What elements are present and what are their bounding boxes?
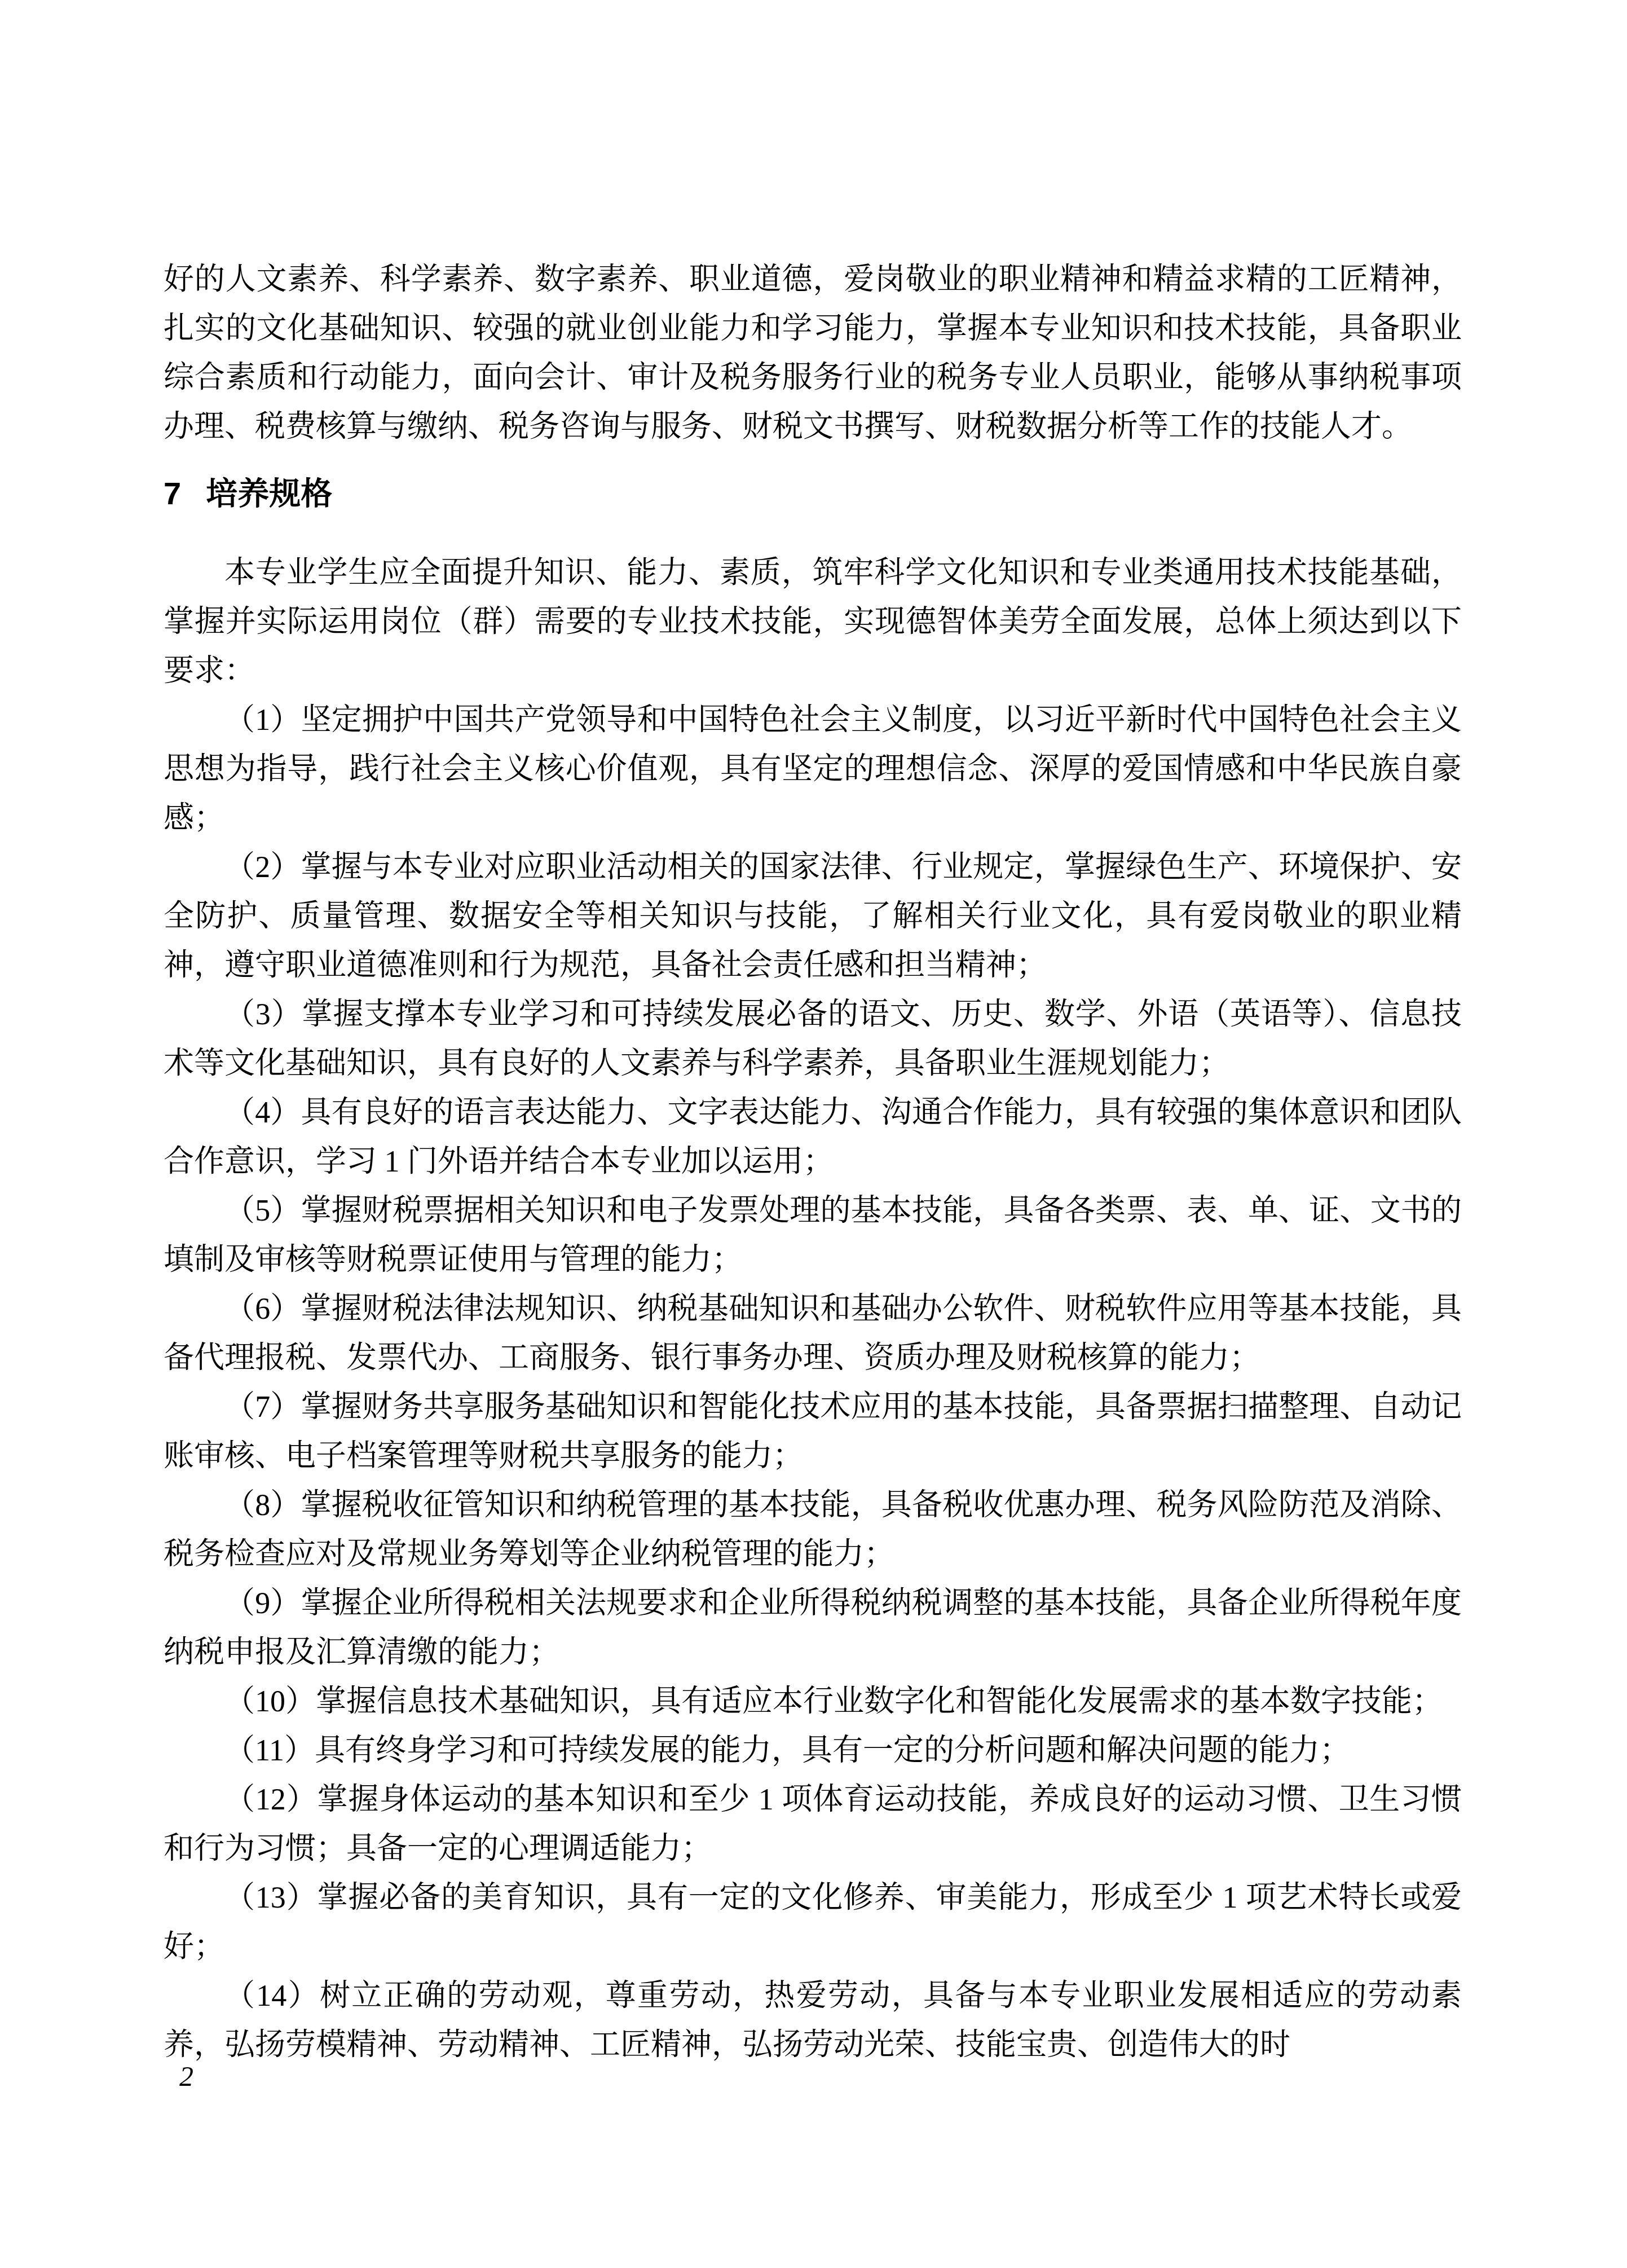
requirement-item-6: （6）掌握财税法律法规知识、纳税基础知识和基础办公软件、财税软件应用等基本技能，… — [164, 1284, 1462, 1382]
requirement-item-7: （7）掌握财务共享服务基础知识和智能化技术应用的基本技能，具备票据扫描整理、自动… — [164, 1382, 1462, 1481]
requirement-item-3: （3）掌握支撑本专业学习和可持续发展必备的语文、历史、数学、外语（英语等）、信息… — [164, 990, 1462, 1088]
continued-paragraph: 好的人文素养、科学素养、数字素养、职业道德，爱岗敬业的职业精神和精益求精的工匠精… — [164, 255, 1462, 451]
requirement-item-8: （8）掌握税收征管知识和纳税管理的基本技能，具备税收优惠办理、税务风险防范及消除… — [164, 1481, 1462, 1579]
requirement-item-4: （4）具有良好的语言表达能力、文字表达能力、沟通合作能力，具有较强的集体意识和团… — [164, 1088, 1462, 1186]
requirement-item-5: （5）掌握财税票据相关知识和电子发票处理的基本技能，具备各类票、表、单、证、文书… — [164, 1186, 1462, 1284]
requirement-item-9: （9）掌握企业所得税相关法规要求和企业所得税纳税调整的基本技能，具备企业所得税年… — [164, 1579, 1462, 1677]
requirement-item-12: （12）掌握身体运动的基本知识和至少 1 项体育运动技能，养成良好的运动习惯、卫… — [164, 1775, 1462, 1873]
requirement-item-10: （10）掌握信息技术基础知识，具有适应本行业数字化和智能化发展需求的基本数字技能… — [164, 1677, 1462, 1726]
section-number: 7 — [164, 476, 181, 511]
page-content: 好的人文素养、科学素养、数字素养、职业道德，爱岗敬业的职业精神和精益求精的工匠精… — [164, 255, 1462, 2069]
document-page: 好的人文素养、科学素养、数字素养、职业道德，爱岗敬业的职业精神和精益求精的工匠精… — [0, 0, 1627, 2268]
section-intro-paragraph: 本专业学生应全面提升知识、能力、素质，筑牢科学文化知识和专业类通用技术技能基础，… — [164, 548, 1462, 695]
requirement-item-11: （11）具有终身学习和可持续发展的能力，具有一定的分析问题和解决问题的能力； — [164, 1726, 1462, 1775]
requirement-item-14: （14）树立正确的劳动观，尊重劳动，热爱劳动，具备与本专业职业发展相适应的劳动素… — [164, 1971, 1462, 2069]
requirement-item-1: （1）坚定拥护中国共产党领导和中国特色社会主义制度，以习近平新时代中国特色社会主… — [164, 695, 1462, 843]
page-number: 2 — [179, 2060, 193, 2093]
section-heading: 7培养规格 — [164, 476, 1462, 511]
requirement-item-13: （13）掌握必备的美育知识，具有一定的文化修养、审美能力，形成至少 1 项艺术特… — [164, 1873, 1462, 1971]
requirement-item-2: （2）掌握与本专业对应职业活动相关的国家法律、行业规定，掌握绿色生产、环境保护、… — [164, 843, 1462, 990]
section-title: 培养规格 — [206, 475, 332, 511]
